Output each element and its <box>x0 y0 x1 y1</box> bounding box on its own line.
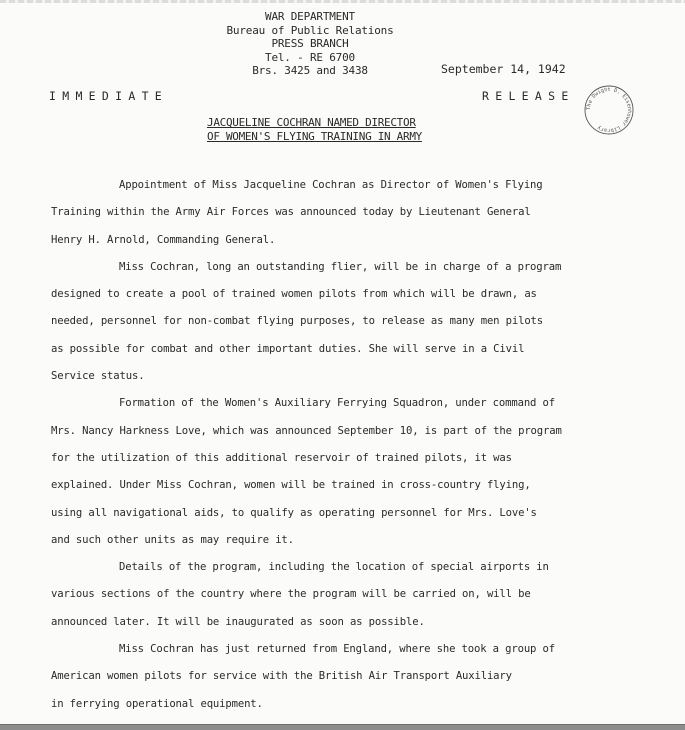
headline-line-1: JACQUELINE COCHRAN NAMED DIRECTOR <box>207 116 422 130</box>
release-label: RELEASE <box>482 89 575 103</box>
scan-bottom-edge <box>0 724 685 730</box>
headline-line-2: OF WOMEN'S FLYING TRAINING IN ARMY <box>207 130 422 144</box>
letterhead: WAR DEPARTMENT Bureau of Public Relation… <box>200 10 420 78</box>
letterhead-telephone: Tel. - RE 6700 <box>200 51 420 65</box>
letterhead-bureau: Bureau of Public Relations <box>200 24 420 38</box>
paragraph-line: designed to create a pool of trained wom… <box>51 281 651 308</box>
paragraph-line: in ferrying operational equipment. <box>51 691 651 718</box>
letterhead-department: WAR DEPARTMENT <box>200 10 420 24</box>
paragraph-line: Mrs. Nancy Harkness Love, which was anno… <box>51 418 651 445</box>
letterhead-branch: PRESS BRANCH <box>200 37 420 51</box>
paragraph-line: as possible for combat and other importa… <box>51 336 651 363</box>
paragraph-line: Service status. <box>51 363 651 390</box>
paragraph-first-line: Miss Cochran, long an outstanding flier,… <box>51 254 651 281</box>
letterhead-extensions: Brs. 3425 and 3438 <box>200 64 420 78</box>
paragraph-line: announced later. It will be inaugurated … <box>51 609 651 636</box>
paragraph-line: Henry H. Arnold, Commanding General. <box>51 227 651 254</box>
paragraph-first-line: Details of the program, including the lo… <box>51 554 651 581</box>
paragraph-line: for the utilization of this additional r… <box>51 445 651 472</box>
paragraph-first-line: Appointment of Miss Jacqueline Cochran a… <box>51 172 651 199</box>
headline: JACQUELINE COCHRAN NAMED DIRECTOR OF WOM… <box>207 116 422 144</box>
press-release-body: Appointment of Miss Jacqueline Cochran a… <box>51 172 651 718</box>
paragraph-line: using all navigational aids, to qualify … <box>51 500 651 527</box>
library-stamp-icon: The Dwight D. Eisenhower Library <box>582 83 636 137</box>
release-date: September 14, 1942 <box>441 62 566 76</box>
scan-edge-strip <box>0 0 685 3</box>
paragraph-first-line: Formation of the Women's Auxiliary Ferry… <box>51 390 651 417</box>
stamp-text: The Dwight D. Eisenhower Library <box>586 87 632 133</box>
paragraph-line: needed, personnel for non-combat flying … <box>51 308 651 335</box>
paragraph-line: Training within the Army Air Forces was … <box>51 199 651 226</box>
paragraph-line: various sections of the country where th… <box>51 581 651 608</box>
paragraph-first-line: Miss Cochran has just returned from Engl… <box>51 636 651 663</box>
immediate-label: IMMEDIATE <box>49 89 168 103</box>
paragraph-line: and such other units as may require it. <box>51 527 651 554</box>
svg-text:The Dwight D. Eisenhower Libra: The Dwight D. Eisenhower Library <box>586 87 632 133</box>
paragraph-line: American women pilots for service with t… <box>51 663 651 690</box>
paragraph-line: explained. Under Miss Cochran, women wil… <box>51 472 651 499</box>
